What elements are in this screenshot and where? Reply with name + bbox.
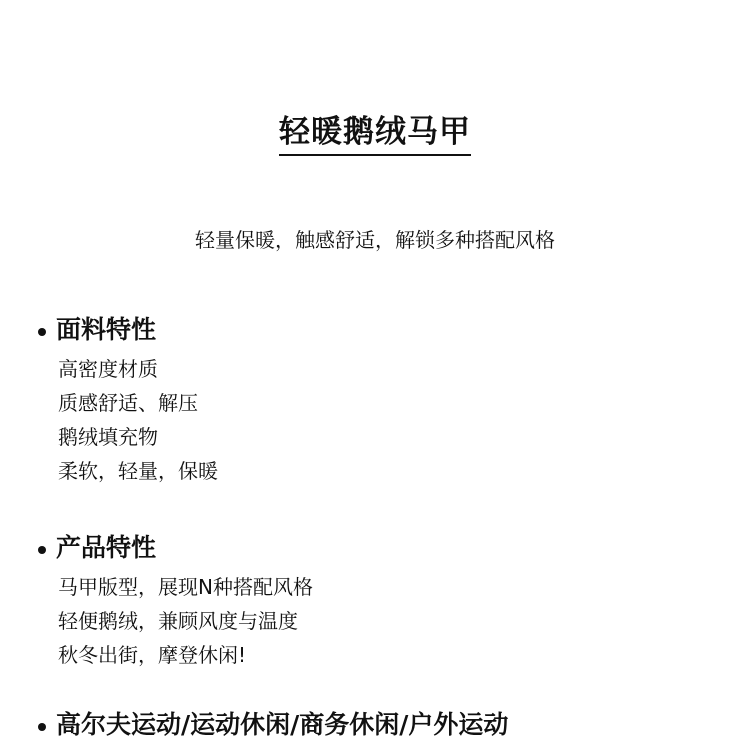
subtitle: 轻量保暖，触感舒适，解锁多种搭配风格 [0, 226, 750, 254]
list-item: 马甲版型，展现N种搭配风格 [58, 570, 313, 604]
feature-list: 马甲版型，展现N种搭配风格 轻便鹅绒，兼顾风度与温度 秋冬出街，摩登休闲! [58, 570, 313, 672]
section-heading-text: 高尔夫运动/运动休闲/商务休闲/户外运动 [56, 708, 508, 742]
section-heading-text: 面料特性 [56, 313, 156, 347]
list-item: 鹅绒填充物 [58, 420, 218, 454]
list-item: 轻便鹅绒，兼顾风度与温度 [58, 604, 313, 638]
section-heading-text: 产品特性 [56, 531, 156, 565]
section-product: 产品特性 马甲版型，展现N种搭配风格 轻便鹅绒，兼顾风度与温度 秋冬出街，摩登休… [38, 531, 313, 672]
list-item: 高密度材质 [58, 352, 218, 386]
page-title-wrap: 轻暖鹅绒马甲 [0, 112, 750, 156]
section-fabric: 面料特性 高密度材质 质感舒适、解压 鹅绒填充物 柔软，轻量，保暖 [38, 313, 218, 488]
bullet-icon [38, 328, 46, 336]
feature-list: 高密度材质 质感舒适、解压 鹅绒填充物 柔软，轻量，保暖 [58, 352, 218, 488]
bullet-icon [38, 546, 46, 554]
list-item: 质感舒适、解压 [58, 386, 218, 420]
list-item: 秋冬出街，摩登休闲! [58, 638, 313, 672]
section-heading: 面料特性 [38, 313, 218, 347]
section-heading: 产品特性 [38, 531, 313, 565]
section-occasions: 高尔夫运动/运动休闲/商务休闲/户外运动 [38, 708, 508, 742]
bullet-icon [38, 723, 46, 731]
page-title: 轻暖鹅绒马甲 [279, 112, 471, 156]
section-heading: 高尔夫运动/运动休闲/商务休闲/户外运动 [38, 708, 508, 742]
list-item: 柔软，轻量，保暖 [58, 454, 218, 488]
